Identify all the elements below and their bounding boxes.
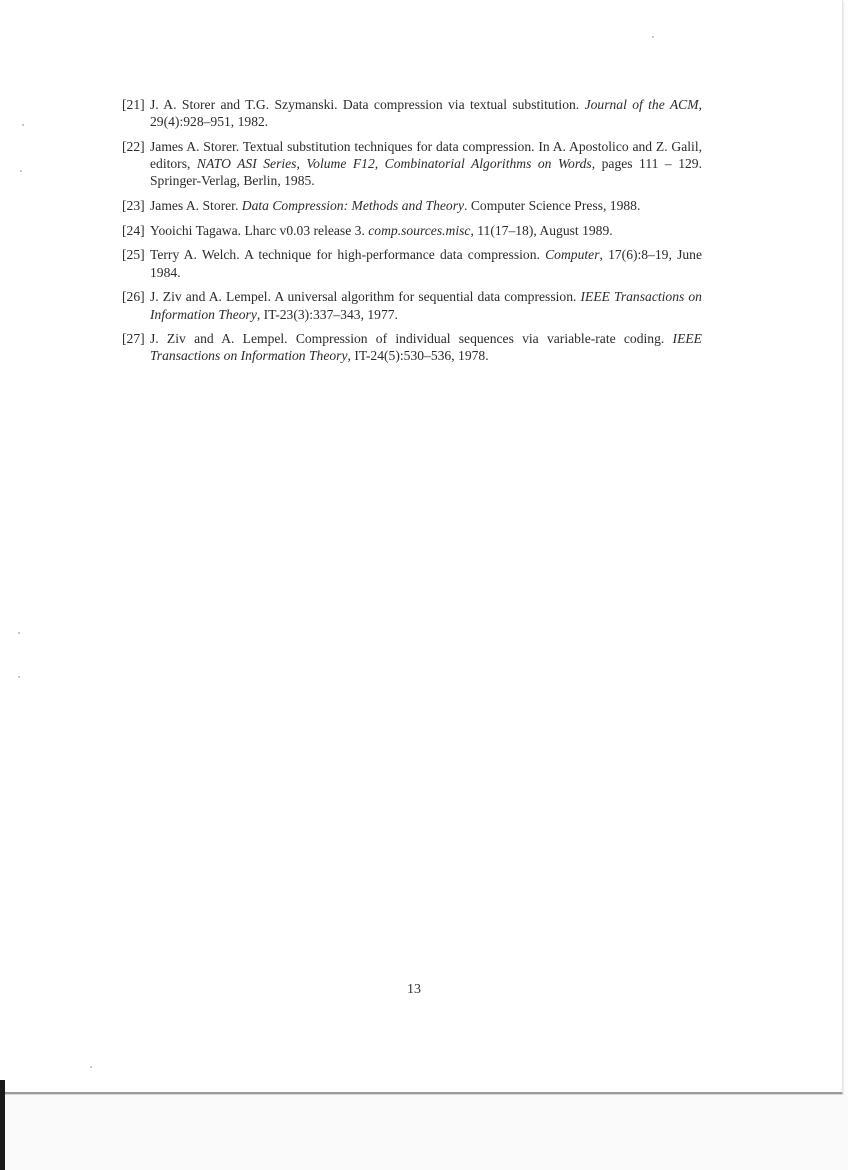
scan-speck [90, 1066, 92, 1068]
reference-entry: [21] J. A. Storer and T.G. Szymanski. Da… [122, 96, 702, 130]
reference-entry: [27] J. Ziv and A. Lempel. Compression o… [122, 330, 702, 364]
scan-speck [652, 36, 654, 38]
reference-text: J. Ziv and A. Lempel. A universal algori… [150, 289, 581, 304]
reference-venue: Computer [545, 247, 599, 262]
scan-edge-shadow [0, 1080, 5, 1170]
reference-entry: [25] Terry A. Welch. A technique for hig… [122, 246, 702, 280]
page-number: 13 [0, 982, 828, 998]
reference-entry: [22] James A. Storer. Textual substituti… [122, 138, 702, 190]
reference-list: [21] J. A. Storer and T.G. Szymanski. Da… [122, 96, 702, 372]
reference-venue: comp.sources.misc [368, 223, 470, 238]
scan-speck [20, 170, 22, 172]
reference-text: Terry A. Welch. A technique for high-per… [150, 247, 545, 262]
reference-text: Yooichi Tagawa. Lharc v0.03 release 3. [150, 223, 368, 238]
reference-number: [21] [122, 96, 145, 113]
reference-text: , 11(17–18), August 1989. [470, 223, 612, 238]
reference-number: [23] [122, 197, 145, 214]
scan-speck [18, 632, 20, 634]
scanner-bed [5, 1095, 848, 1170]
scanned-page: [21] J. A. Storer and T.G. Szymanski. Da… [0, 0, 843, 1094]
reference-text: J. Ziv and A. Lempel. Compression of ind… [150, 331, 673, 346]
reference-number: [25] [122, 246, 145, 263]
reference-venue: Journal of the ACM [585, 97, 699, 112]
reference-text: , IT-24(5):530–536, 1978. [348, 348, 489, 363]
reference-text: James A. Storer. [150, 198, 242, 213]
reference-venue: NATO ASI Series, Volume F12, Combinatori… [197, 156, 592, 171]
reference-number: [24] [122, 222, 145, 239]
scan-speck [22, 124, 24, 126]
reference-entry: [23] James A. Storer. Data Compression: … [122, 197, 702, 214]
reference-venue: Data Compression: Methods and Theory [242, 198, 464, 213]
scan-speck [18, 676, 20, 678]
reference-number: [22] [122, 138, 145, 155]
reference-text: . Computer Science Press, 1988. [464, 198, 640, 213]
reference-entry: [26] J. Ziv and A. Lempel. A universal a… [122, 288, 702, 322]
reference-entry: [24] Yooichi Tagawa. Lharc v0.03 release… [122, 222, 702, 239]
reference-number: [27] [122, 330, 145, 347]
reference-text: J. A. Storer and T.G. Szymanski. Data co… [150, 97, 585, 112]
reference-number: [26] [122, 288, 145, 305]
reference-text: , IT-23(3):337–343, 1977. [257, 307, 398, 322]
